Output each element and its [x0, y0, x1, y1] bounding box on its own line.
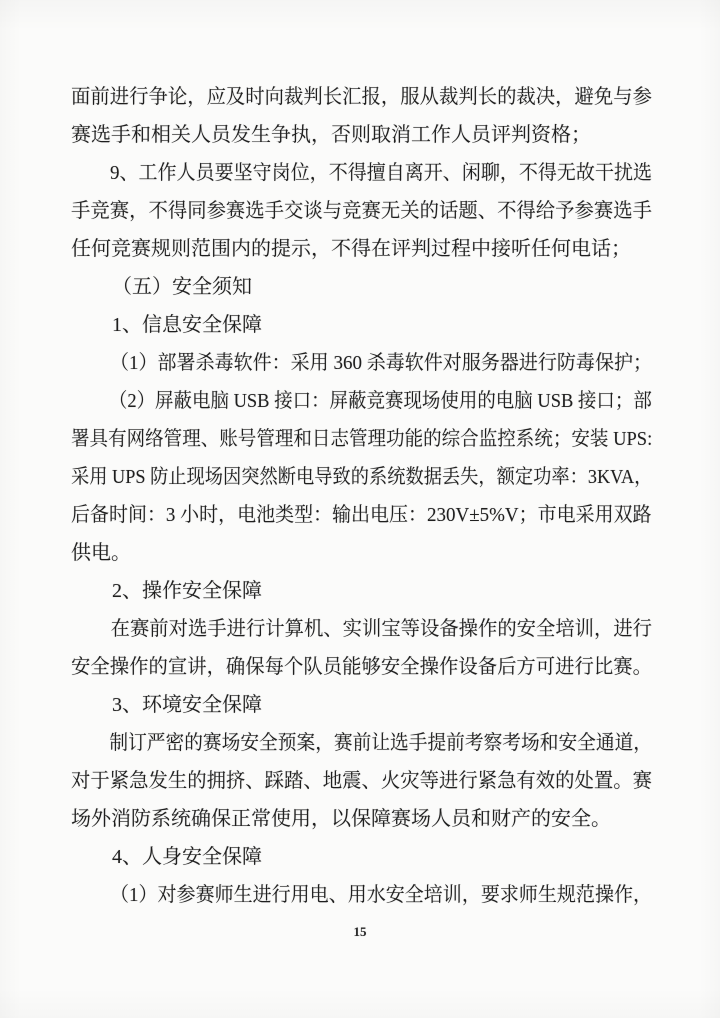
text-line: 采用 UPS 防止现场因突然断电导致的系统数据丢失，额定功率：3KVA，	[71, 458, 601, 496]
text-line: 赛选手和相关人员发生争执，否则取消工作人员评判资格；	[71, 116, 652, 154]
text-line: 在赛前对选手进行计算机、实训宝等设备操作的安全培训，进行	[71, 610, 633, 648]
text-line: 任何竞赛规则范围内的提示，不得在评判过程中接听任何电话；	[71, 230, 652, 268]
text-line: （2）屏蔽电脑 USB 接口：屏蔽竞赛现场使用的电脑 USB 接口；部	[71, 382, 608, 420]
text-line: 2、操作安全保障	[71, 572, 652, 610]
text-line: 对于紧急发生的拥挤、踩踏、地震、火灾等进行紧急有效的处置。赛	[71, 762, 634, 800]
text-line: （五）安全须知	[71, 268, 652, 306]
text-line: 1、信息安全保障	[71, 306, 652, 344]
document-page: 面前进行争论，应及时向裁判长汇报，服从裁判长的裁决，避免与参赛选手和相关人员发生…	[0, 0, 720, 1018]
text-line: 面前进行争论，应及时向裁判长汇报，服从裁判长的裁决，避免与参	[71, 78, 634, 116]
text-line: （1）对参赛师生进行用电、用水安全培训，要求师生规范操作，	[71, 876, 623, 914]
text-line: 4、人身安全保障	[71, 838, 652, 876]
text-line: （1）部署杀毒软件：采用 360 杀毒软件对服务器进行防毒保护；	[71, 344, 623, 382]
text-line: 9、工作人员要坚守岗位，不得擅自离开、闲聊，不得无故干扰选	[71, 154, 623, 192]
text-block: 面前进行争论，应及时向裁判长汇报，服从裁判长的裁决，避免与参赛选手和相关人员发生…	[71, 78, 652, 914]
text-line: 署具有网络管理、账号管理和日志管理功能的综合监控系统；安装 UPS:	[71, 420, 609, 458]
text-line: 后备时间：3 小时，电池类型：输出电压：230V±5%V；市电采用双路	[71, 496, 623, 534]
text-line: 安全操作的宣讲，确保每个队员能够安全操作设备后方可进行比赛。	[71, 648, 634, 686]
text-line: 供电。	[71, 534, 652, 572]
page-number: 15	[0, 924, 720, 940]
text-line: 制订严密的赛场安全预案，赛前让选手提前考察考场和安全通道，	[71, 724, 615, 762]
text-line: 场外消防系统确保正常使用，以保障赛场人员和财产的安全。	[71, 800, 652, 838]
text-line: 3、环境安全保障	[71, 686, 652, 724]
text-line: 手竞赛，不得同参赛选手交谈与竞赛无关的话题、不得给予参赛选手	[71, 192, 634, 230]
